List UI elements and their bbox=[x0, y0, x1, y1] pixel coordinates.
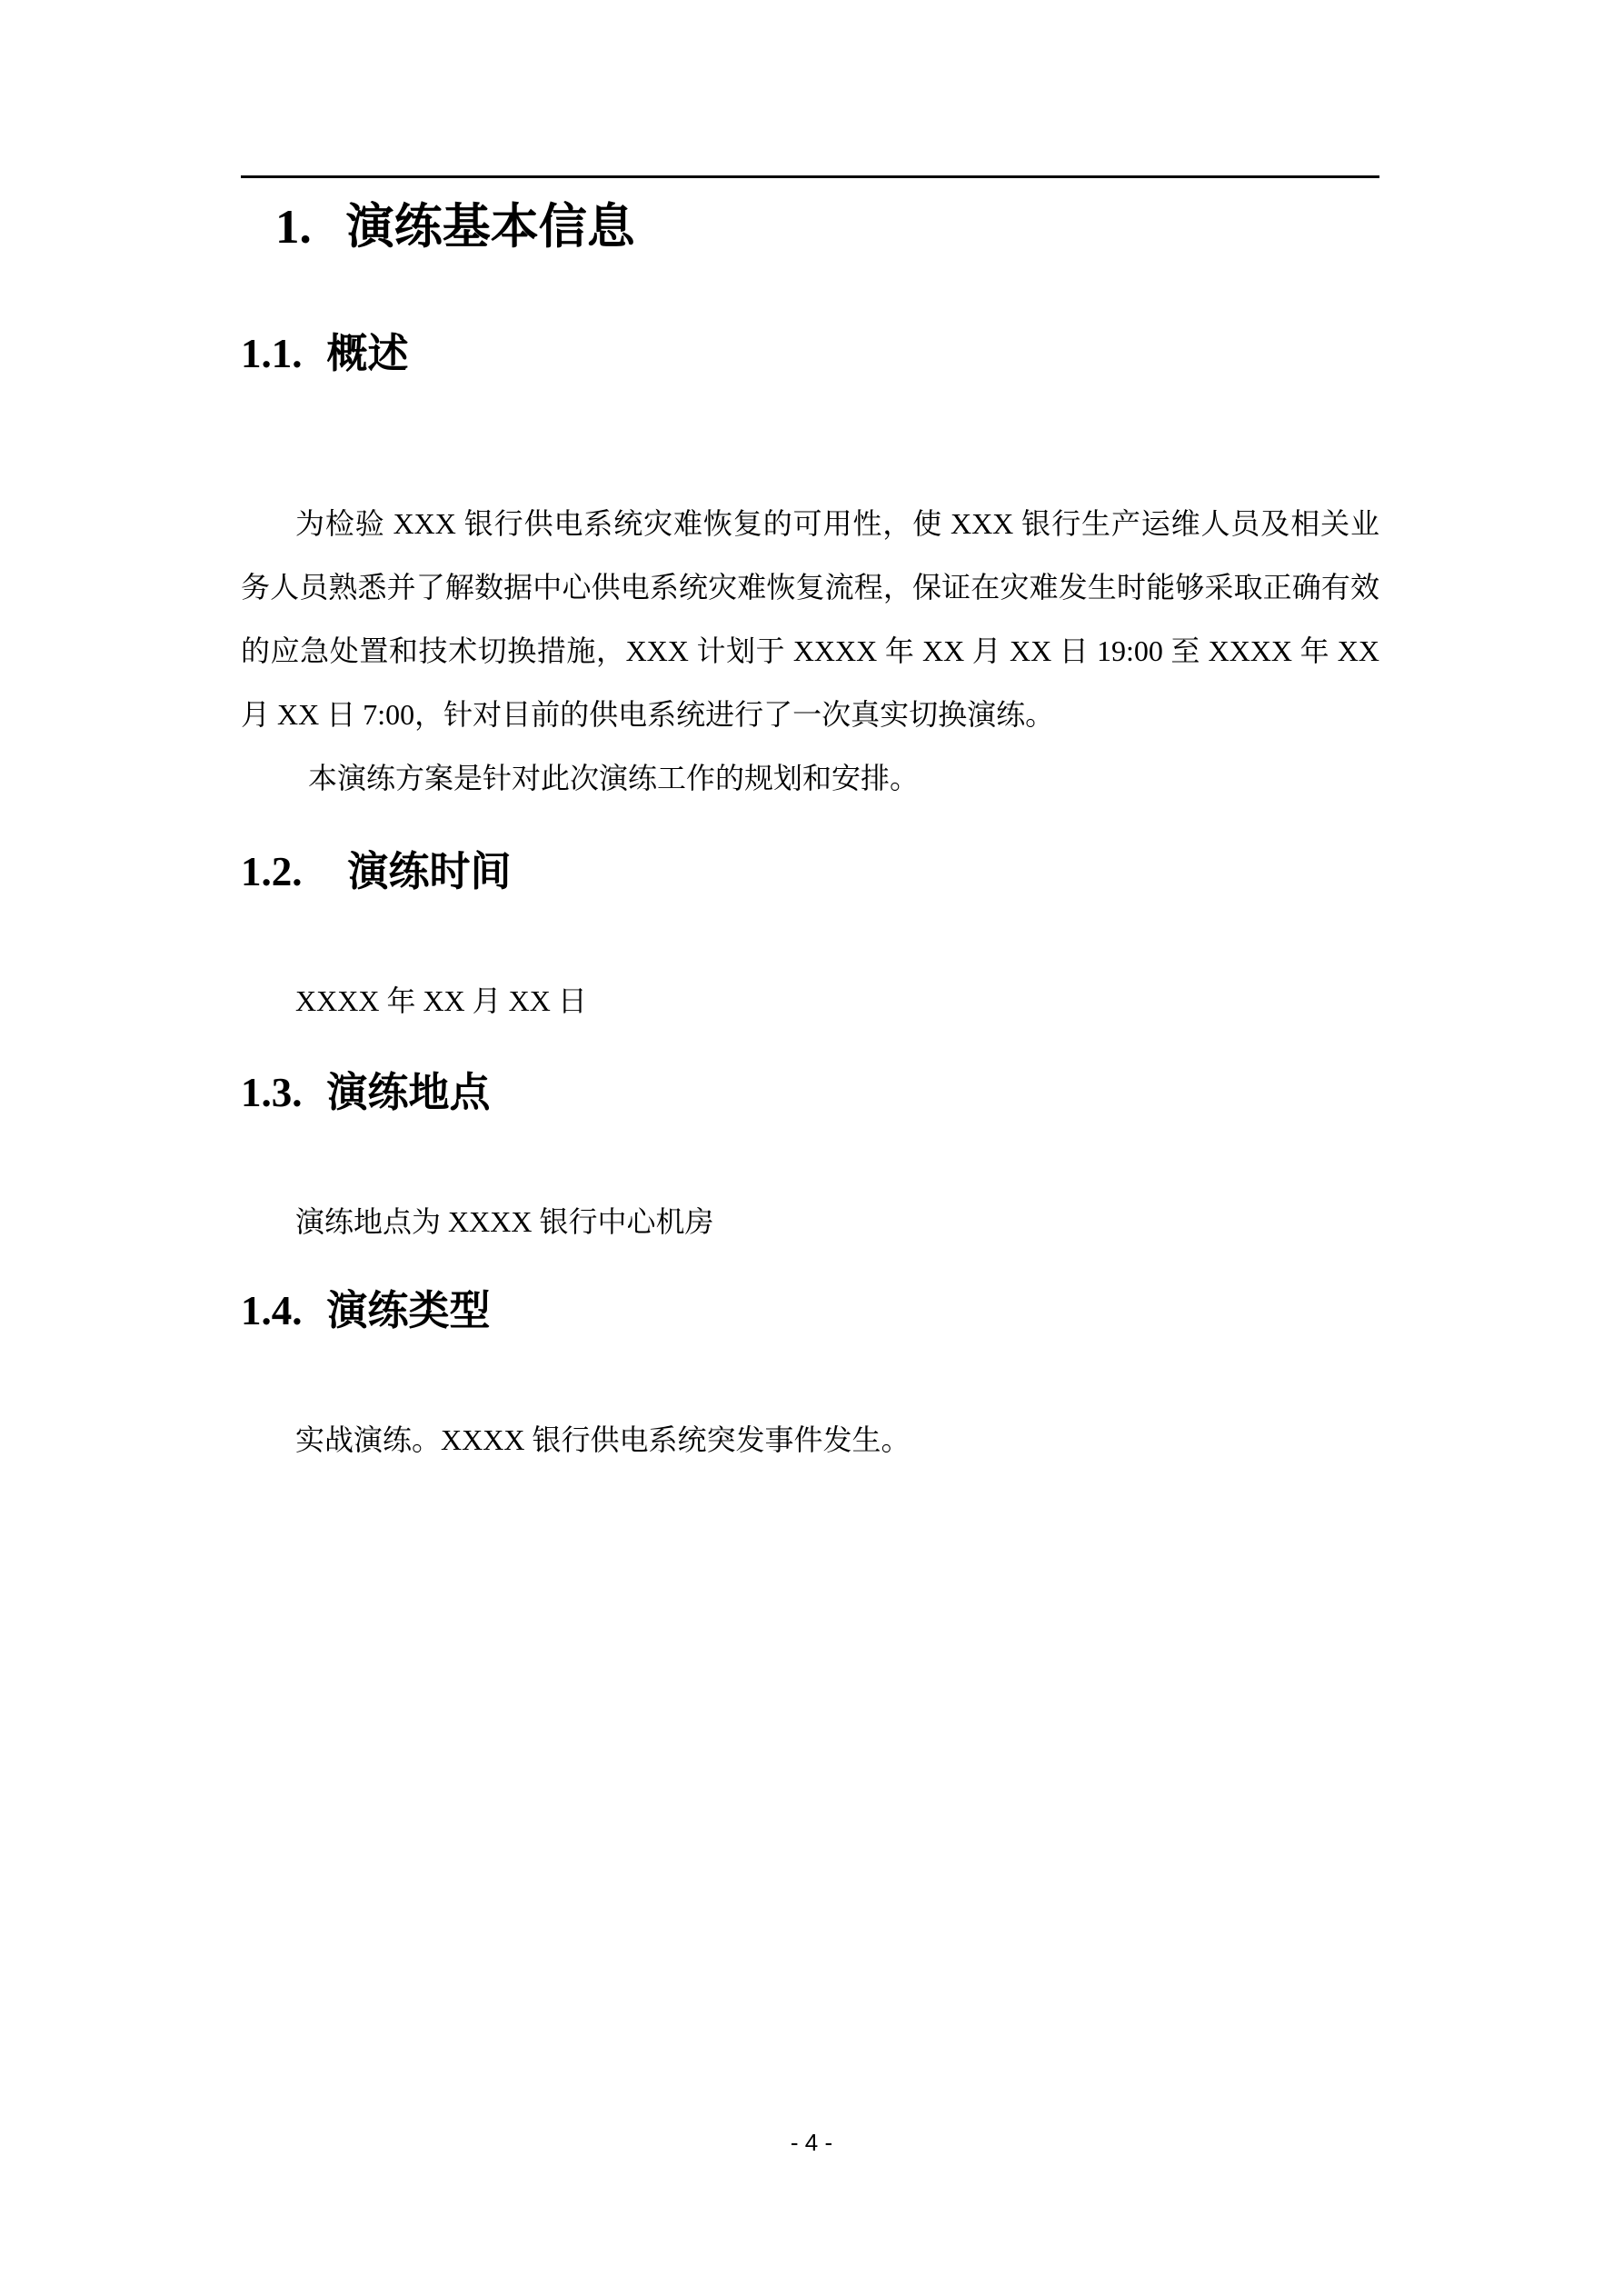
drill-time-paragraph: XXXX 年 XX 月 XX 日 bbox=[241, 969, 1379, 1033]
heading-1-3-number: 1.3. bbox=[241, 1070, 303, 1115]
heading-1-3: 1.3.演练地点 bbox=[241, 1069, 1379, 1116]
heading-1-4-title: 演练类型 bbox=[327, 1288, 491, 1333]
heading-1-1: 1.1.概述 bbox=[241, 330, 1379, 377]
drill-type-paragraph: 实战演练。XXXX 银行供电系统突发事件发生。 bbox=[241, 1408, 1379, 1472]
document-page: 1.演练基本信息 1.1.概述 为检验 XXX 银行供电系统灾难恢复的可用性，使… bbox=[0, 0, 1623, 2296]
heading-1-4-number: 1.4. bbox=[241, 1288, 303, 1333]
heading-1-title: 演练基本信息 bbox=[346, 201, 635, 254]
footer-page-number: - 4 - bbox=[0, 2129, 1623, 2156]
heading-1-number: 1. bbox=[275, 201, 312, 254]
drill-location-paragraph: 演练地点为 XXXX 银行中心机房 bbox=[241, 1190, 1379, 1253]
heading-1-2-title: 演练时间 bbox=[348, 849, 512, 894]
overview-paragraph-2: 本演练方案是针对此次演练工作的规划和安排。 bbox=[241, 746, 1379, 810]
heading-1: 1.演练基本信息 bbox=[241, 201, 1379, 254]
overview-paragraph-1: 为检验 XXX 银行供电系统灾难恢复的可用性，使 XXX 银行生产运维人员及相关… bbox=[241, 492, 1379, 746]
header-rule bbox=[241, 175, 1379, 178]
heading-1-1-title: 概述 bbox=[327, 331, 409, 376]
heading-1-1-number: 1.1. bbox=[241, 331, 303, 376]
heading-1-2-number: 1.2. bbox=[241, 849, 303, 894]
heading-1-3-title: 演练地点 bbox=[327, 1070, 491, 1115]
heading-1-4: 1.4.演练类型 bbox=[241, 1287, 1379, 1334]
heading-1-2: 1.2.演练时间 bbox=[241, 848, 1379, 895]
